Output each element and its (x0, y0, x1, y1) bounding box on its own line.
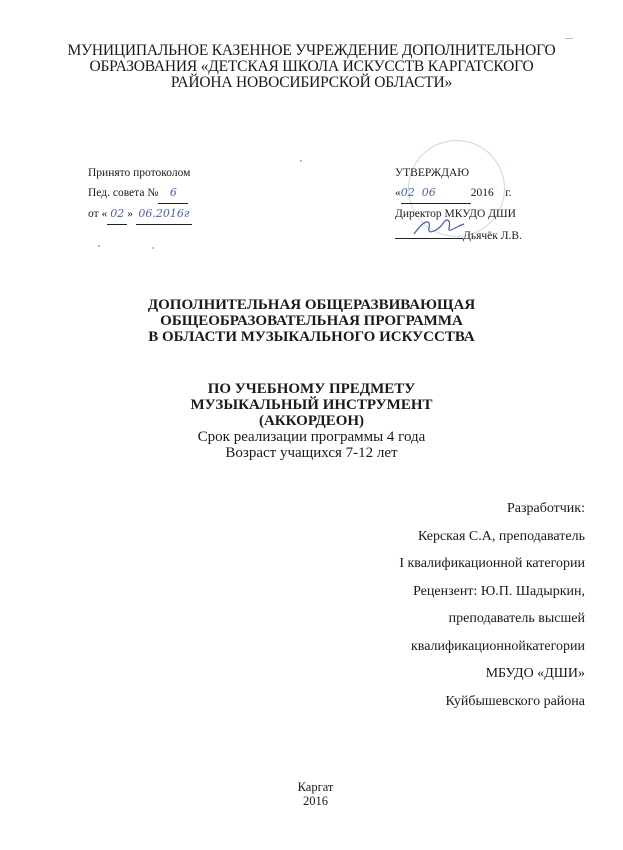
approved-title: УТВЕРЖДАЮ (395, 163, 555, 183)
author-line: Разработчик: (399, 495, 585, 523)
author-line: квалификационнойкатегории (399, 633, 585, 661)
author-line: преподаватель высшей (399, 605, 585, 633)
authors-block: Разработчик: Керская С.А, преподаватель … (399, 495, 585, 715)
program-title: ДОПОЛНИТЕЛЬНАЯ ОБЩЕРАЗВИВАЮЩАЯ ОБЩЕОБРАЗ… (0, 297, 623, 345)
protocol-number: 6 (158, 183, 188, 204)
header-line: МУНИЦИПАЛЬНОЕ КАЗЕННОЕ УЧРЕЖДЕНИЕ ДОПОЛН… (0, 43, 623, 59)
accepted-block: Принято протоколом Пед. совета №6 от «02… (88, 163, 192, 225)
scan-speck (98, 245, 100, 247)
author-line: Керская С.А, преподаватель (399, 523, 585, 551)
header-line: ОБРАЗОВАНИЯ «ДЕТСКАЯ ШКОЛА ИСКУССТВ КАРГ… (0, 59, 623, 75)
author-line: I квалификационной категории (399, 550, 585, 578)
scan-speck (565, 38, 573, 39)
author-line: Куйбышевского района (399, 688, 585, 716)
institution-header: МУНИЦИПАЛЬНОЕ КАЗЕННОЕ УЧРЕЖДЕНИЕ ДОПОЛН… (0, 43, 623, 91)
subject-line: (АККОРДЕОН) (0, 413, 623, 429)
program-title-line: ДОПОЛНИТЕЛЬНАЯ ОБЩЕРАЗВИВАЮЩАЯ (0, 297, 623, 313)
accepted-line-2: Пед. совета №6 (88, 183, 192, 204)
header-line: РАЙОНА НОВОСИБИРСКОЙ ОБЛАСТИ» (0, 75, 623, 91)
scan-speck (152, 247, 154, 249)
student-age: Возраст учащихся 7-12 лет (0, 445, 623, 461)
program-title-line: В ОБЛАСТИ МУЗЫКАЛЬНОГО ИСКУССТВА (0, 329, 623, 345)
subject-line: МУЗЫКАЛЬНЫЙ ИНСТРУМЕНТ (0, 397, 623, 413)
footer-city: Каргат (4, 780, 623, 794)
signature (395, 224, 463, 239)
approved-signature-line: Дьячёк Л.В. (395, 224, 555, 246)
accepted-day: 02 (107, 204, 127, 225)
subject-block: ПО УЧЕБНОМУ ПРЕДМЕТУ МУЗЫКАЛЬНЫЙ ИНСТРУМ… (0, 381, 623, 461)
program-duration: Срок реализации программы 4 года (0, 429, 623, 445)
accepted-line-3: от «02» 06.2016г (88, 204, 192, 225)
scan-speck (300, 160, 302, 162)
footer: Каргат 2016 (4, 780, 623, 808)
approved-date: «02 062016 г. (395, 183, 555, 204)
accepted-date: 06.2016г (136, 204, 192, 225)
signature-icon (409, 216, 469, 238)
subject-line: ПО УЧЕБНОМУ ПРЕДМЕТУ (0, 381, 623, 397)
accepted-line-1: Принято протоколом (88, 163, 192, 183)
author-line: Рецензент: Ю.П. Шадыркин, (399, 578, 585, 606)
author-line: МБУДО «ДШИ» (399, 660, 585, 688)
approved-block: УТВЕРЖДАЮ «02 062016 г. Директор МКУДО Д… (395, 163, 555, 246)
footer-year: 2016 (4, 794, 623, 808)
program-title-line: ОБЩЕОБРАЗОВАТЕЛЬНАЯ ПРОГРАММА (0, 313, 623, 329)
